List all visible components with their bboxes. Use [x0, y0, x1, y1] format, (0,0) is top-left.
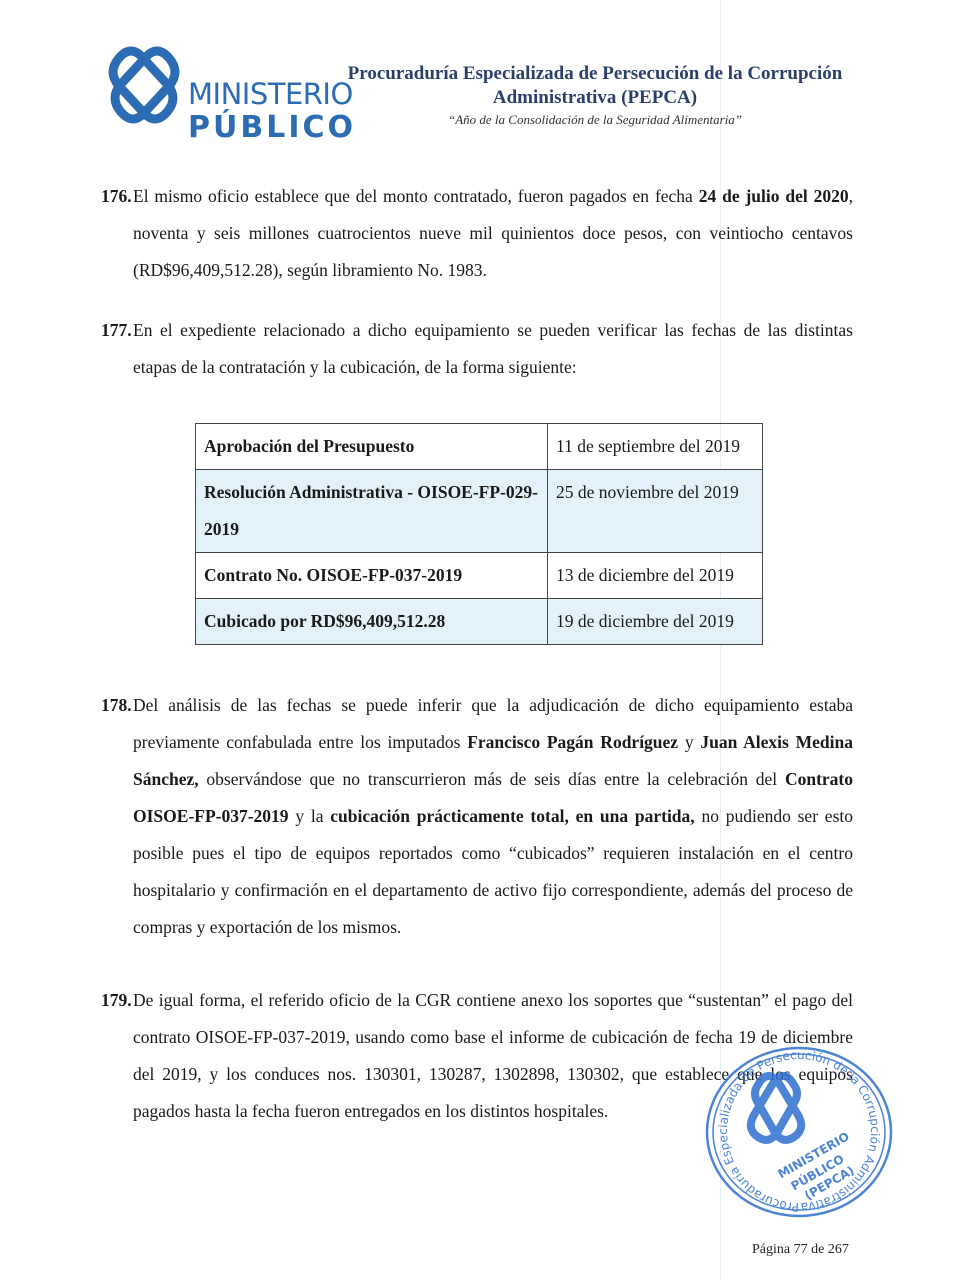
paragraph-178: 178.Del análisis de las fechas se puede …	[133, 687, 853, 946]
table-cell-date: 11 de septiembre del 2019	[548, 424, 763, 470]
table-cell-stage: Aprobación del Presupuesto	[196, 424, 548, 470]
paragraph-number: 177.	[101, 312, 132, 349]
emphasized-text: Francisco Pagán Rodríguez	[467, 732, 678, 752]
emphasized-text: 24 de julio del 2020	[699, 186, 849, 206]
emphasized-text: cubicación prácticamente total, en una p…	[330, 806, 694, 826]
table-row: Contrato No. OISOE-FP-037-201913 de dici…	[196, 553, 763, 599]
logo-text-ministerio: MINISTERIO	[188, 77, 353, 111]
paragraph-text: En el expediente relacionado a dicho equ…	[133, 320, 853, 377]
paragraph-text: y la	[289, 806, 331, 826]
table-cell-date: 13 de diciembre del 2019	[548, 553, 763, 599]
table-cell-stage: Contrato No. OISOE-FP-037-2019	[196, 553, 548, 599]
page-number: Página 77 de 267	[752, 1242, 849, 1258]
paragraph-text: observándose que no transcurrieron más d…	[199, 769, 785, 789]
table-row: Aprobación del Presupuesto11 de septiemb…	[196, 424, 763, 470]
header-title-line2: Administrativa (PEPCA)	[335, 86, 855, 110]
header-title-line1: Procuraduría Especializada de Persecució…	[335, 62, 855, 86]
table-row: Resolución Administrativa - OISOE-FP-029…	[196, 470, 763, 553]
paragraph-176: 176.El mismo oficio establece que del mo…	[133, 178, 853, 289]
ministerio-publico-logo: MINISTERIO PÚBLICO	[105, 40, 345, 140]
table-row: Cubicado por RD$96,409,512.2819 de dicie…	[196, 599, 763, 645]
dates-table: Aprobación del Presupuesto11 de septiemb…	[195, 423, 763, 645]
paragraph-text: y	[678, 732, 700, 752]
paragraph-177: 177.En el expediente relacionado a dicho…	[133, 312, 853, 386]
table-cell-stage: Resolución Administrativa - OISOE-FP-029…	[196, 470, 548, 553]
table-cell-date: 19 de diciembre del 2019	[548, 599, 763, 645]
header-titles: Procuraduría Especializada de Persecució…	[335, 62, 855, 128]
header-motto: “Año de la Consolidación de la Seguridad…	[335, 112, 855, 128]
paragraph-text: El mismo oficio establece que del monto …	[133, 186, 699, 206]
pepca-seal-stamp: Procuraduría Especializada de Persecució…	[702, 1045, 897, 1220]
logo-text-publico: PÚBLICO	[188, 110, 356, 145]
table-cell-date: 25 de noviembre del 2019	[548, 470, 763, 553]
knot-logo-icon	[105, 40, 183, 130]
table-cell-stage: Cubicado por RD$96,409,512.28	[196, 599, 548, 645]
paragraph-number: 178.	[101, 687, 132, 724]
paragraph-number: 179.	[101, 982, 132, 1019]
paragraph-number: 176.	[101, 178, 132, 215]
